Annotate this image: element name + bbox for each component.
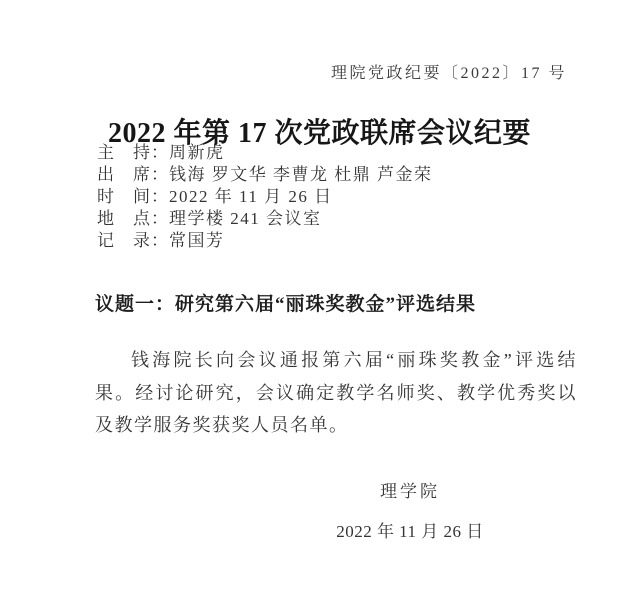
meta-label-host: 主 持： xyxy=(97,143,169,162)
topic-heading: 议题一：研究第六届“丽珠奖教金”评选结果 xyxy=(95,289,476,316)
meta-row-time: 时 间：2022 年 11 月 26 日 xyxy=(97,186,433,208)
meta-row-host: 主 持：周新虎 xyxy=(97,142,433,164)
meta-row-recorder: 记 录：常国芳 xyxy=(97,230,433,252)
meta-label-location: 地 点： xyxy=(97,209,169,228)
signature-block: 理学院 2022 年 11 月 26 日 xyxy=(330,477,490,542)
meta-value-host: 周新虎 xyxy=(169,143,225,162)
meta-label-time: 时 间： xyxy=(97,187,169,206)
meta-value-location: 理学楼 241 会议室 xyxy=(169,209,322,228)
meta-value-attendees: 钱海 罗文华 李曹龙 杜鼎 芦金荣 xyxy=(169,165,433,184)
meta-value-recorder: 常国芳 xyxy=(169,231,225,250)
signature-date: 2022 年 11 月 26 日 xyxy=(330,517,490,542)
meta-label-recorder: 记 录： xyxy=(97,231,169,250)
document-page: 理院党政纪要〔2022〕17 号 2022 年第 17 次党政联席会议纪要 主 … xyxy=(0,0,639,599)
meta-row-location: 地 点：理学楼 241 会议室 xyxy=(97,208,433,230)
meta-row-attendees: 出 席：钱海 罗文华 李曹龙 杜鼎 芦金荣 xyxy=(97,164,433,186)
meta-label-attendees: 出 席： xyxy=(97,165,169,184)
body-paragraph: 钱海院长向会议通报第六届“丽珠奖教金”评选结果。经讨论研究，会议确定教学名师奖、… xyxy=(95,344,577,442)
meta-value-time: 2022 年 11 月 26 日 xyxy=(169,187,333,206)
signature-org: 理学院 xyxy=(330,477,490,502)
document-ref-number: 理院党政纪要〔2022〕17 号 xyxy=(0,60,567,83)
meta-block: 主 持：周新虎 出 席：钱海 罗文华 李曹龙 杜鼎 芦金荣 时 间：2022 年… xyxy=(97,142,433,252)
